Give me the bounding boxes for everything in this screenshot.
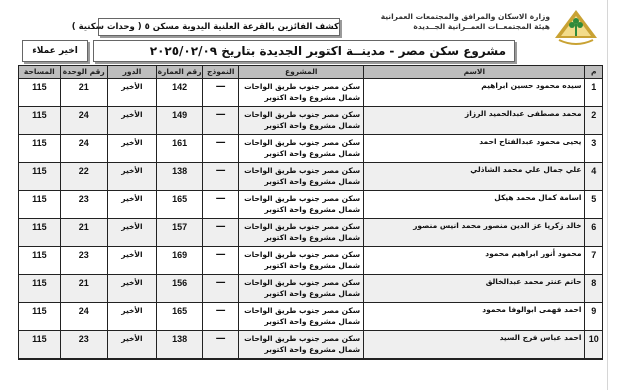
page-edge — [607, 0, 608, 390]
row-model: — — [203, 219, 239, 247]
row-floor: الأخير — [107, 219, 156, 247]
row-index: 8 — [585, 275, 603, 303]
row-unit: 21 — [60, 219, 107, 247]
row-model: — — [203, 107, 239, 135]
col-building: رقم العمارة — [157, 66, 203, 79]
table-row: 10 احمد عباس فرج السيد سكن مصر جنوب طريق… — [19, 331, 603, 360]
row-building: 156 — [157, 275, 203, 303]
ministry-header: وزارة الاسكان والمرافق والمجتمعات العمرا… — [418, 12, 550, 32]
row-floor: الأخير — [107, 303, 156, 331]
row-index: 5 — [585, 191, 603, 219]
row-index: 6 — [585, 219, 603, 247]
row-project: سكن مصر جنوب طريق الواحات شمال مشروع واح… — [239, 247, 364, 275]
row-index: 3 — [585, 135, 603, 163]
table-row: 3 يحيى محمود عبدالفتاح احمد سكن مصر جنوب… — [19, 135, 603, 163]
row-floor: الأخير — [107, 275, 156, 303]
table-row: 7 محمود أنور ابراهيم محمود سكن مصر جنوب … — [19, 247, 603, 275]
row-name: يحيى محمود عبدالفتاح احمد — [364, 135, 585, 163]
row-floor: الأخير — [107, 163, 156, 191]
row-name: اسامة كمال محمد هيكل — [364, 191, 585, 219]
col-index: م — [585, 66, 603, 79]
row-building: 138 — [157, 163, 203, 191]
row-area: 115 — [19, 191, 61, 219]
row-unit: 23 — [60, 331, 107, 360]
row-model: — — [203, 331, 239, 360]
row-name: سيده محمود حسين ابراهيم — [364, 79, 585, 107]
row-unit: 23 — [60, 191, 107, 219]
row-area: 115 — [19, 331, 61, 360]
row-unit: 24 — [60, 107, 107, 135]
col-unit: رقم الوحدة — [60, 66, 107, 79]
table-row: 5 اسامة كمال محمد هيكل سكن مصر جنوب طريق… — [19, 191, 603, 219]
row-area: 115 — [19, 303, 61, 331]
row-area: 115 — [19, 275, 61, 303]
row-building: 149 — [157, 107, 203, 135]
row-name: خالد زكريا عز الدين منصور محمد انيس منصو… — [364, 219, 585, 247]
row-floor: الأخير — [107, 135, 156, 163]
row-area: 115 — [19, 247, 61, 275]
row-index: 2 — [585, 107, 603, 135]
nuca-logo-icon — [553, 8, 599, 48]
row-building: 138 — [157, 331, 203, 360]
row-model: — — [203, 303, 239, 331]
row-index: 1 — [585, 79, 603, 107]
row-model: — — [203, 191, 239, 219]
row-building: 157 — [157, 219, 203, 247]
document-title: كشف الفائزين بالقرعة العلنية اليدوية مسك… — [98, 18, 340, 36]
row-index: 7 — [585, 247, 603, 275]
row-building: 161 — [157, 135, 203, 163]
row-floor: الأخير — [107, 247, 156, 275]
row-project: سكن مصر جنوب طريق الواحات شمال مشروع واح… — [239, 79, 364, 107]
table-row: 8 حاتم عنتر محمد عبدالخالق سكن مصر جنوب … — [19, 275, 603, 303]
row-building: 142 — [157, 79, 203, 107]
row-floor: الأخير — [107, 191, 156, 219]
col-project: المشروع — [239, 66, 364, 79]
row-model: — — [203, 79, 239, 107]
row-project: سكن مصر جنوب طريق الواحات شمال مشروع واح… — [239, 191, 364, 219]
row-unit: 22 — [60, 163, 107, 191]
row-area: 115 — [19, 79, 61, 107]
row-unit: 21 — [60, 275, 107, 303]
row-area: 115 — [19, 107, 61, 135]
row-floor: الأخير — [107, 331, 156, 360]
row-unit: 24 — [60, 135, 107, 163]
table-header: م الاسم المشروع النموذج رقم العمارة الدو… — [19, 66, 603, 79]
row-model: — — [203, 135, 239, 163]
row-building: 169 — [157, 247, 203, 275]
row-project: سكن مصر جنوب طريق الواحات شمال مشروع واح… — [239, 303, 364, 331]
row-index: 9 — [585, 303, 603, 331]
row-project: سكن مصر جنوب طريق الواحات شمال مشروع واح… — [239, 331, 364, 360]
row-project: سكن مصر جنوب طريق الواحات شمال مشروع واح… — [239, 275, 364, 303]
row-name: محمود أنور ابراهيم محمود — [364, 247, 585, 275]
table-row: 9 احمد فهمى ابوالوفا محمود سكن مصر جنوب … — [19, 303, 603, 331]
row-index: 10 — [585, 331, 603, 360]
ministry-name: وزارة الاسكان والمرافق والمجتمعات العمرا… — [418, 12, 550, 22]
row-project: سكن مصر جنوب طريق الواحات شمال مشروع واح… — [239, 107, 364, 135]
row-name: محمد مصطفى عبدالحميد الرزاز — [364, 107, 585, 135]
row-name: علي جمال علي محمد الشاذلي — [364, 163, 585, 191]
row-unit: 21 — [60, 79, 107, 107]
project-heading: مشروع سكن مصر - مدينــة اكتوبر الجديدة ب… — [93, 40, 515, 62]
row-project: سكن مصر جنوب طريق الواحات شمال مشروع واح… — [239, 219, 364, 247]
row-area: 115 — [19, 219, 61, 247]
last-call-label: اخير عملاء — [22, 40, 88, 62]
table-row: 1 سيده محمود حسين ابراهيم سكن مصر جنوب ط… — [19, 79, 603, 107]
row-name: احمد عباس فرج السيد — [364, 331, 585, 360]
table-row: 6 خالد زكريا عز الدين منصور محمد انيس من… — [19, 219, 603, 247]
row-model: — — [203, 275, 239, 303]
row-project: سكن مصر جنوب طريق الواحات شمال مشروع واح… — [239, 135, 364, 163]
row-unit: 24 — [60, 303, 107, 331]
row-building: 165 — [157, 191, 203, 219]
row-index: 4 — [585, 163, 603, 191]
row-building: 165 — [157, 303, 203, 331]
col-floor: الدور — [107, 66, 156, 79]
row-name: احمد فهمى ابوالوفا محمود — [364, 303, 585, 331]
winners-table: م الاسم المشروع النموذج رقم العمارة الدو… — [18, 65, 603, 360]
col-area: المساحة — [19, 66, 61, 79]
row-floor: الأخير — [107, 107, 156, 135]
row-model: — — [203, 247, 239, 275]
row-name: حاتم عنتر محمد عبدالخالق — [364, 275, 585, 303]
table-row: 2 محمد مصطفى عبدالحميد الرزاز سكن مصر جن… — [19, 107, 603, 135]
col-model: النموذج — [203, 66, 239, 79]
col-name: الاسم — [364, 66, 585, 79]
row-floor: الأخير — [107, 79, 156, 107]
row-area: 115 — [19, 163, 61, 191]
authority-name: هيئة المجتمعــات العمــرانية الجــديدة — [418, 22, 550, 32]
row-area: 115 — [19, 135, 61, 163]
row-project: سكن مصر جنوب طريق الواحات شمال مشروع واح… — [239, 163, 364, 191]
table-row: 4 علي جمال علي محمد الشاذلي سكن مصر جنوب… — [19, 163, 603, 191]
row-model: — — [203, 163, 239, 191]
row-unit: 23 — [60, 247, 107, 275]
